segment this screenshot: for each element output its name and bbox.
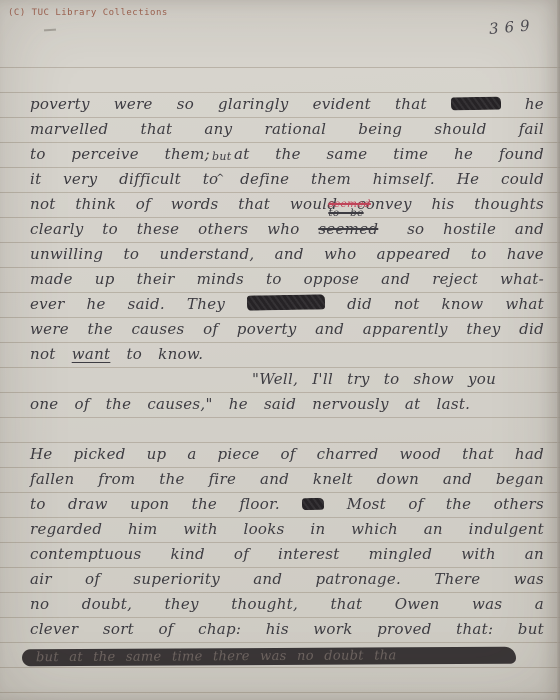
- line-text: no doubt, they thought, that Owen was a: [30, 595, 544, 613]
- page-number: 369: [489, 16, 537, 38]
- manuscript-line: unwilling to understand, and who appeare…: [30, 242, 544, 267]
- manuscript-line: but at the same time there was no doubt …: [30, 642, 544, 667]
- manuscript-line: made up their minds to oppose and reject…: [30, 267, 544, 292]
- line-text: to draw upon the floor.: [30, 495, 280, 513]
- line-text: regarded him with looks in which an indu…: [30, 520, 544, 538]
- line-text: he: [525, 95, 544, 113]
- line-text: unwilling to understand, and who appeare…: [30, 245, 544, 263]
- ink-scribble: [451, 97, 501, 111]
- manuscript-line: "Well, I'll try to show you: [30, 367, 544, 392]
- line-text: clever sort of chap: his work proved tha…: [30, 620, 544, 638]
- inserted-word: but: [212, 151, 231, 162]
- line-text: Most of the others: [347, 495, 544, 513]
- paper: { "watermark": "(C) TUC Library Collecti…: [0, 0, 560, 700]
- line-text: made up their minds to oppose and reject…: [30, 270, 544, 288]
- line-text: to perceive them;: [30, 145, 210, 163]
- manuscript-text: poverty were so glaringly evident that h…: [0, 92, 560, 667]
- line-text: were the causes of poverty and apparentl…: [30, 320, 544, 338]
- copyright-watermark: (C) TUC Library Collections: [8, 8, 168, 18]
- struck-word: seemed: [318, 220, 378, 238]
- manuscript-line: poverty were so glaringly evident that h…: [30, 92, 544, 117]
- line-text: not: [30, 345, 56, 363]
- pencil-mark: [44, 29, 56, 32]
- line-text: He picked up a piece of charred wood tha…: [30, 445, 544, 463]
- blackout-bar: but at the same time there was no doubt …: [22, 647, 516, 667]
- manuscript-line: were the causes of poverty and apparentl…: [30, 317, 544, 342]
- manuscript-line: clever sort of chap: his work proved tha…: [30, 617, 544, 642]
- line-text: one of the causes," he said nervously at…: [30, 395, 470, 413]
- manuscript-line: no doubt, they thought, that Owen was a: [30, 592, 544, 617]
- line-text: "Well, I'll try to show you: [252, 370, 496, 388]
- struck-word: to be: [328, 208, 363, 218]
- manuscript-line: air of superiority and patronage. There …: [30, 567, 544, 592]
- line-text: so hostile and: [407, 220, 544, 238]
- manuscript-line: marvelled that any rational being should…: [30, 117, 544, 142]
- line-text: ever he said. They: [30, 295, 225, 313]
- underlined-word: want: [72, 345, 111, 363]
- line-text: not think of words that would convey his…: [30, 195, 544, 213]
- ink-scribble: [247, 294, 325, 310]
- manuscript-line: not think of words that would convey his…: [30, 192, 544, 217]
- manuscript-line: to draw upon the floor. Most of the othe…: [30, 492, 544, 517]
- manuscript-line: to perceive them;but^at the same time he…: [30, 142, 544, 167]
- manuscript-line: fallen from the fire and knelt down and …: [30, 467, 544, 492]
- manuscript-line: not want to know.: [30, 342, 544, 367]
- manuscript-line: clearly to these others who seemedto bes…: [30, 217, 544, 242]
- line-text: it very difficult to define them himself…: [30, 170, 544, 188]
- blank-line: [30, 417, 544, 442]
- line-text: clearly to these others who: [30, 220, 300, 238]
- line-text: fallen from the fire and knelt down and …: [30, 470, 544, 488]
- line-text: did not know what: [347, 295, 544, 313]
- line-text: contemptuous kind of interest mingled wi…: [30, 545, 544, 563]
- manuscript-line: ever he said. They did not know what: [30, 292, 544, 317]
- ink-scribble: [302, 498, 324, 510]
- line-text: at the same time he found: [234, 145, 544, 163]
- manuscript-line: regarded him with looks in which an indu…: [30, 517, 544, 542]
- manuscript-line: contemptuous kind of interest mingled wi…: [30, 542, 544, 567]
- line-text: marvelled that any rational being should…: [30, 120, 544, 138]
- line-text: air of superiority and patronage. There …: [30, 570, 544, 588]
- manuscript-line: one of the causes," he said nervously at…: [30, 392, 544, 417]
- manuscript-line: He picked up a piece of charred wood tha…: [30, 442, 544, 467]
- line-text: poverty were so glaringly evident that: [30, 95, 427, 113]
- manuscript-line: it very difficult to define them himself…: [30, 167, 544, 192]
- edit-cluster: seemedto beseemed: [318, 217, 388, 242]
- line-text: to know.: [126, 345, 203, 363]
